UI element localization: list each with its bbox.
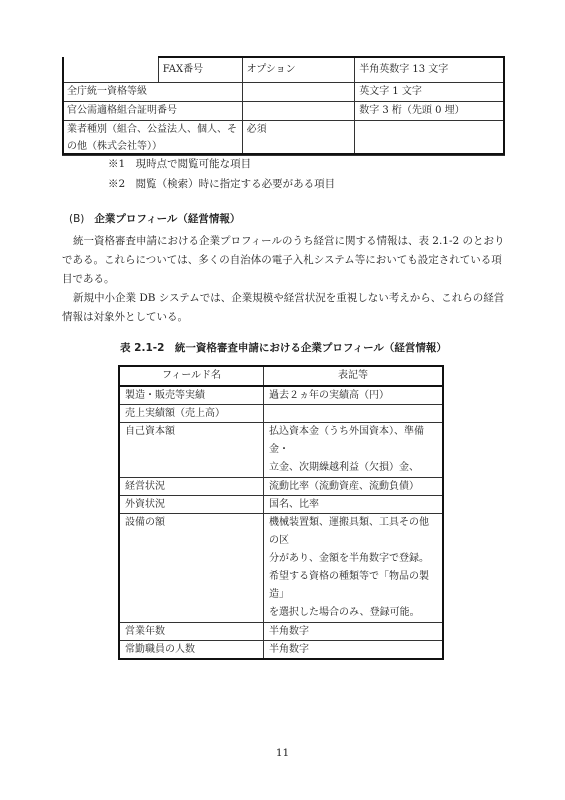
notation-line: 分があり、金額を半角数字で登録。 [269, 550, 437, 568]
table-row: 営業年数 半角数字 [119, 623, 443, 641]
column-header-notation: 表記等 [264, 366, 444, 386]
table-row: 業者種別（組合、公益法人、個人、その他（株式会社等）） 必須 [63, 121, 505, 156]
notation: 流動比率（流動資産、流動負債） [264, 478, 444, 496]
table-cell: 業者種別（組合、公益法人、個人、その他（株式会社等）） [63, 121, 243, 156]
field-name: 外資状況 [119, 496, 264, 514]
table-header-row: フィールド名 表記等 [119, 366, 443, 386]
table-row: 製造・販売等実績 過去２ヵ年の実績高（円） [119, 386, 443, 405]
table-cell [355, 121, 505, 156]
section-heading: (B)企業プロフィール（経営情報） [69, 211, 240, 226]
notation: 過去２ヵ年の実績高（円） [264, 386, 444, 405]
table-cell: 英文字 1 文字 [355, 83, 505, 102]
notation-line: 希望する資格の種類等で「物品の製造」 [269, 568, 437, 604]
registration-fields-table-continued: FAX番号 オプション 半角英数字 13 文字 全庁統一資格等級 英文字 1 文… [62, 57, 505, 156]
table-top-border [158, 56, 505, 58]
paragraph: 新規中小企業 DB システムでは、企業規模や経営状況を重視しない考えから、これら… [62, 289, 505, 327]
table-row: 自己資本額 払込資本金（うち外国資本）、準備金・ 立金、次期繰越利益（欠損）金、 [119, 423, 443, 478]
notation: 国名、比率 [264, 496, 444, 514]
paragraph: 統一資格審査申請における企業プロフィールのうち経営に関する情報は、表 2.1-2… [62, 232, 505, 289]
table-caption: 表 2.1-2 統一資格審査申請における企業プロフィール（経営情報） [120, 340, 447, 355]
field-name: 自己資本額 [119, 423, 264, 478]
table-row: 売上実績額（売上高） [119, 405, 443, 423]
table-cell: 必須 [242, 121, 355, 156]
table-cell: 数字 3 桁（先頭 0 埋） [355, 102, 505, 121]
notation: 機械装置類、運搬具類、工具その他の区 分があり、金額を半角数字で登録。 希望する… [264, 514, 444, 623]
section-number: (B) [69, 213, 84, 225]
field-name: 常勤職員の人数 [119, 641, 264, 660]
table-cell: 半角英数字 13 文字 [355, 58, 505, 83]
table-row: 全庁統一資格等級 英文字 1 文字 [63, 83, 505, 102]
table-cell: 官公需適格組合証明番号 [63, 102, 243, 121]
table-row: 外資状況 国名、比率 [119, 496, 443, 514]
table-cell: オプション [242, 58, 355, 83]
table-cell [242, 102, 355, 121]
footnote-1: ※1 現時点で閲覧可能な項目 [108, 156, 251, 171]
table-cell: 全庁統一資格等級 [63, 83, 243, 102]
field-name: 営業年数 [119, 623, 264, 641]
notation-line: 立金、次期繰越利益（欠損）金、 [269, 459, 437, 477]
table-row: 経営状況 流動比率（流動資産、流動負債） [119, 478, 443, 496]
footnote-2: ※2 閲覧（検索）時に指定する必要がある項目 [108, 176, 335, 191]
table-row: 官公需適格組合証明番号 数字 3 桁（先頭 0 埋） [63, 102, 505, 121]
field-name: 経営状況 [119, 478, 264, 496]
table-row: 常勤職員の人数 半角数字 [119, 641, 443, 660]
page-number: 11 [0, 747, 565, 759]
section-title: 企業プロフィール（経営情報） [94, 213, 240, 225]
table-cell [242, 83, 355, 102]
notation-line: を選択した場合のみ、登録可能。 [269, 604, 437, 622]
notation-line: 機械装置類、運搬具類、工具その他の区 [269, 514, 437, 550]
column-header-field-name: フィールド名 [119, 366, 264, 386]
notation: 半角数字 [264, 641, 444, 660]
table-cell [63, 58, 159, 83]
body-text: 統一資格審査申請における企業プロフィールのうち経営に関する情報は、表 2.1-2… [62, 232, 505, 327]
table-cell-fax-label: FAX番号 [158, 58, 242, 83]
table-row: 設備の額 機械装置類、運搬具類、工具その他の区 分があり、金額を半角数字で登録。… [119, 514, 443, 623]
field-name: 設備の額 [119, 514, 264, 623]
notation [264, 405, 444, 423]
table-row: FAX番号 オプション 半角英数字 13 文字 [63, 58, 505, 83]
notation: 半角数字 [264, 623, 444, 641]
business-profile-table: フィールド名 表記等 製造・販売等実績 過去２ヵ年の実績高（円） 売上実績額（売… [118, 365, 444, 660]
notation: 払込資本金（うち外国資本）、準備金・ 立金、次期繰越利益（欠損）金、 [264, 423, 444, 478]
field-name: 製造・販売等実績 [119, 386, 264, 405]
field-name: 売上実績額（売上高） [119, 405, 264, 423]
notation-line: 払込資本金（うち外国資本）、準備金・ [269, 423, 437, 459]
